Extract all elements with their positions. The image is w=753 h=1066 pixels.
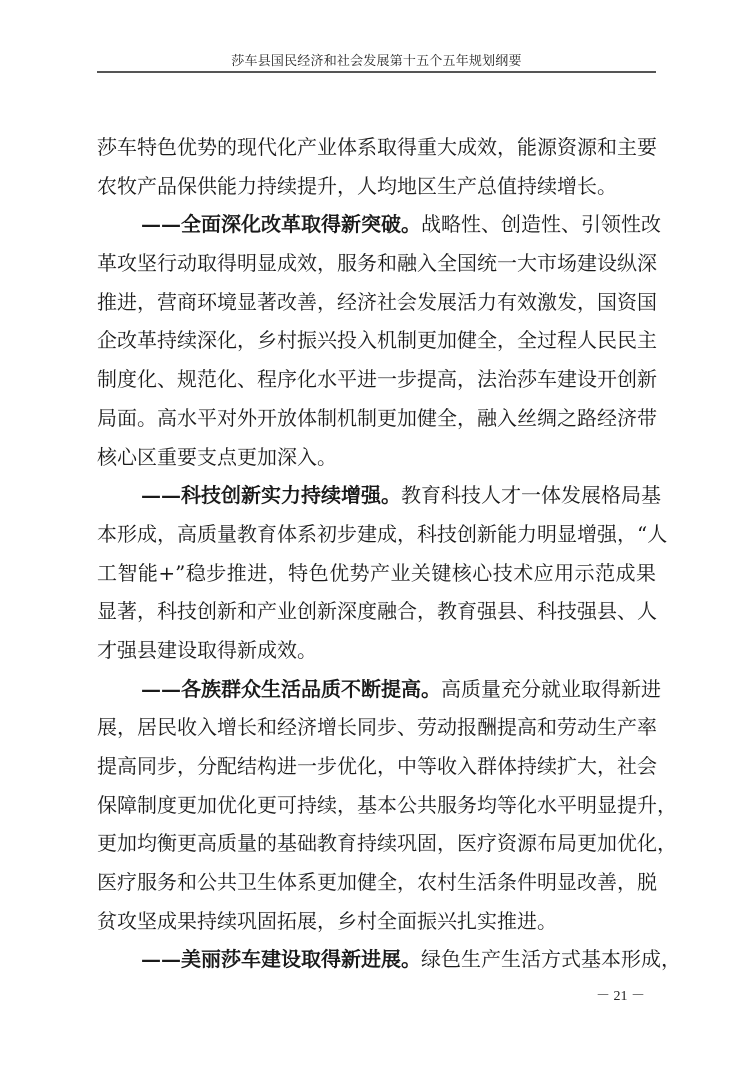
paragraph-first-line: ——全面深化改革取得新突破。战略性、创造性、引领性改 xyxy=(97,208,656,247)
text-run: 高质量充分就业取得新进 xyxy=(441,677,661,701)
text-line: 展，居民收入增长和经济增长同步、劳动报酬提高和劳动生产率 xyxy=(97,711,656,750)
text-line: 制度化、规范化、程序化水平进一步提高，法治莎车建设开创新 xyxy=(97,363,656,402)
text-line: 推进，营商环境显著改善，经济社会发展活力有效激发，国资国 xyxy=(97,286,656,325)
text-run: 教育科技人才一体发展格局基 xyxy=(401,483,661,507)
text-line: 局面。高水平对外开放体制机制更加健全，融入丝绸之路经济带 xyxy=(97,402,656,441)
text-line: 工智能+”稳步推进，特色优势产业关键核心技术应用示范成果 xyxy=(97,557,656,596)
running-header-title: 莎车县国民经济和社会发展第十五个五年规划纲要 xyxy=(97,50,656,69)
text-line: 提高同步，分配结构进一步优化，中等收入群体持续扩大，社会 xyxy=(97,750,656,789)
paragraph-first-line: ——美丽莎车建设取得新进展。绿色生产生活方式基本形成， xyxy=(97,943,656,982)
text-run: 绿色生产生活方式基本形成， xyxy=(421,947,681,971)
text-line: 更加均衡更高质量的基础教育持续巩固，医疗资源布局更加优化， xyxy=(97,827,656,866)
section-lead-reform: ——全面深化改革取得新突破。 xyxy=(141,212,421,236)
section-lead-innovation: ——科技创新实力持续增强。 xyxy=(141,483,401,507)
text-line: 贫攻坚成果持续巩固拓展，乡村全面振兴扎实推进。 xyxy=(97,905,656,944)
text-line: 医疗服务和公共卫生体系更加健全，农村生活条件明显改善，脱 xyxy=(97,866,656,905)
header-divider xyxy=(97,71,656,73)
paragraph-first-line: ——各族群众生活品质不断提高。高质量充分就业取得新进 xyxy=(97,673,656,712)
text-line: 本形成，高质量教育体系初步建成，科技创新能力明显增强，“人 xyxy=(97,518,656,557)
paragraph-first-line: ——科技创新实力持续增强。教育科技人才一体发展格局基 xyxy=(97,479,656,518)
text-line: 显著，科技创新和产业创新深度融合，教育强县、科技强县、人 xyxy=(97,595,656,634)
text-line: 莎车特色优势的现代化产业体系取得重大成效，能源资源和主要 xyxy=(97,131,656,170)
text-line: 才强县建设取得新成效。 xyxy=(97,634,656,673)
text-line: 核心区重要支点更加深入。 xyxy=(97,441,656,480)
text-line: 企改革持续深化，乡村振兴投入机制更加健全，全过程人民民主 xyxy=(97,324,656,363)
text-line: 农牧产品保供能力持续提升，人均地区生产总值持续增长。 xyxy=(97,170,656,209)
document-body: 莎车特色优势的现代化产业体系取得重大成效，能源资源和主要 农牧产品保供能力持续提… xyxy=(97,131,656,982)
text-run: 战略性、创造性、引领性改 xyxy=(421,212,661,236)
text-line: 革攻坚行动取得明显成效，服务和融入全国统一大市场建设纵深 xyxy=(97,247,656,286)
section-lead-livelihood: ——各族群众生活品质不断提高。 xyxy=(141,677,441,701)
section-lead-ecology: ——美丽莎车建设取得新进展。 xyxy=(141,947,421,971)
text-line: 保障制度更加优化更可持续，基本公共服务均等化水平明显提升， xyxy=(97,789,656,828)
page-number: － 21 － xyxy=(596,985,645,1005)
